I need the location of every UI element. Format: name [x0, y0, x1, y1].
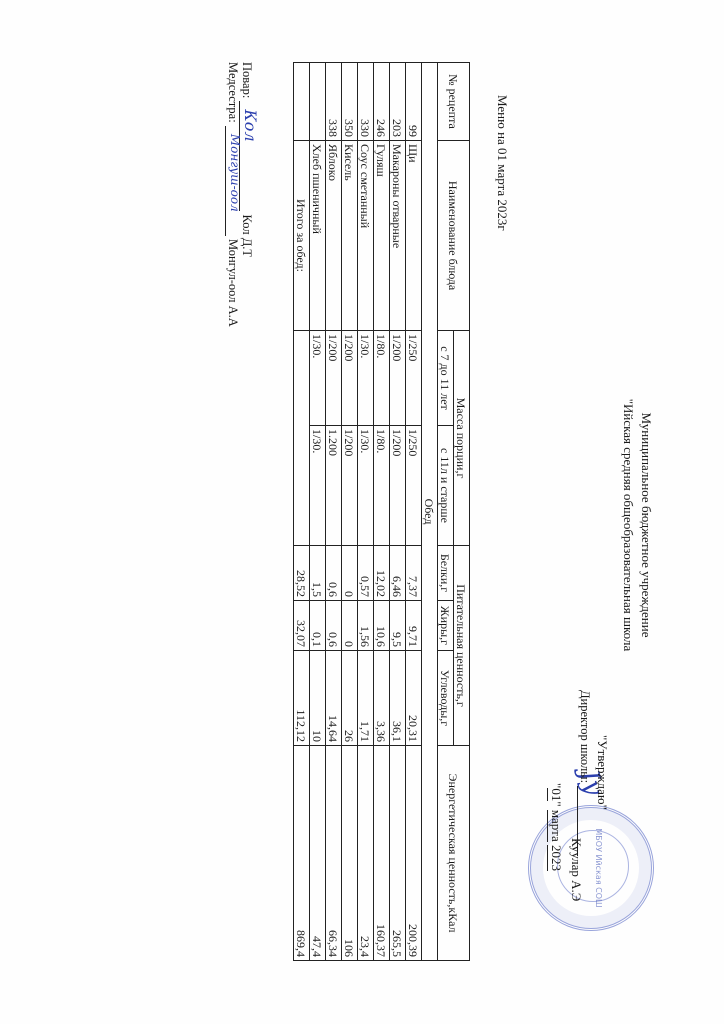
cook-handwritten-signature: Кол	[241, 109, 260, 141]
mass-11-plus-cell: 1/30.	[358, 426, 374, 546]
dish-name-cell: Кисель	[342, 141, 358, 331]
dish-name-cell: Соус сметанный	[358, 141, 374, 331]
header-fat: Жиры,г	[438, 601, 454, 651]
table-row: 203Макароны отварные1/2001/2006,469,536,…	[390, 63, 406, 961]
stamp-text: МБОУ Ийская СОШ	[594, 808, 603, 928]
energy-cell: 66,34	[326, 746, 342, 961]
dish-name-cell: Яблоко	[326, 141, 342, 331]
mass-7-11-cell: 1/30.	[310, 331, 326, 426]
table-row: 350Кисель1/2001/2000026106	[342, 63, 358, 961]
protein-cell: 0	[342, 546, 358, 601]
nurse-label: Медсестра:	[226, 62, 240, 123]
total-fat: 32,07	[294, 601, 310, 651]
date-year: 2023	[547, 845, 564, 871]
mass-7-11-cell: 1/200	[342, 331, 358, 426]
fat-cell: 10,6	[374, 601, 390, 651]
energy-cell: 265,5	[390, 746, 406, 961]
protein-cell: 6,46	[390, 546, 406, 601]
carbs-cell: 3,36	[374, 651, 390, 746]
table-row: Хлеб пшеничный1/30.1/30.1,50,11047,4	[310, 63, 326, 961]
nurse-signature-line: Медсестра: Монгуш-оол Монгул-оол А.А	[225, 62, 240, 327]
protein-cell: 1,5	[310, 546, 326, 601]
recipe-number-cell: 330	[358, 63, 374, 141]
nurse-name: Монгул-оол А.А	[226, 239, 240, 327]
carbs-cell: 14,64	[326, 651, 342, 746]
fat-cell: 9,71	[406, 601, 422, 651]
approval-label: "Утверждаю"	[594, 735, 610, 810]
header-nutrition: Питательная ценность,г	[454, 546, 470, 746]
recipe-number-cell: 99	[406, 63, 422, 141]
mass-7-11-cell: 1/30.	[358, 331, 374, 426]
energy-cell: 160,37	[374, 746, 390, 961]
carbs-cell: 26	[342, 651, 358, 746]
organization-line-2: "Ийская средняя общеобразовательная школ…	[620, 260, 636, 790]
mass-11-plus-cell: 1/200	[390, 426, 406, 546]
carbs-cell: 20,31	[406, 651, 422, 746]
header-dish-name: Наименование блюда	[438, 141, 470, 331]
dish-name-cell: Гуляш	[374, 141, 390, 331]
carbs-cell: 1,71	[358, 651, 374, 746]
mass-11-plus-cell: 1/80.	[374, 426, 390, 546]
total-row: Итого за обед:28,5232,07112,12869,4	[294, 63, 310, 961]
organization-line-1: Муниципальное бюджетное учреждение	[638, 290, 654, 760]
fat-cell: 0,1	[310, 601, 326, 651]
table-row: 338Яблоко1/2001.2000,60,614,6466,34	[326, 63, 342, 961]
cook-name: Кол Д.Т	[240, 215, 254, 257]
menu-title: Меню на 01 марта 2023г	[494, 95, 510, 231]
table-row: 99Щи1/2501/2507,379,7120,31200,39	[406, 63, 422, 961]
header-carbs: Углеводы,г	[438, 651, 454, 746]
recipe-number-cell	[310, 63, 326, 141]
protein-cell: 0,6	[326, 546, 342, 601]
table-row: 330Соус сметанный1/30.1/30.0,571,561,712…	[358, 63, 374, 961]
total-empty-mass	[294, 331, 310, 546]
date-day: 01	[547, 788, 564, 801]
protein-cell: 12,02	[374, 546, 390, 601]
energy-cell: 47,4	[310, 746, 326, 961]
dish-name-cell: Хлеб пшеничный	[310, 141, 326, 331]
fat-cell: 9,5	[390, 601, 406, 651]
menu-table: № рецепта Наименование блюда Масса порци…	[293, 62, 470, 961]
energy-cell: 200,39	[406, 746, 422, 961]
header-age-7-11: с 7 до 11 лет	[438, 331, 454, 426]
carbs-cell: 10	[310, 651, 326, 746]
dish-name-cell: Макароны отварные	[390, 141, 406, 331]
header-portion-mass: Масса порции,г	[454, 331, 470, 546]
total-protein: 28,52	[294, 546, 310, 601]
protein-cell: 7,37	[406, 546, 422, 601]
mass-7-11-cell: 1/200	[326, 331, 342, 426]
mass-7-11-cell: 1/250	[406, 331, 422, 426]
table-row: 246Гуляш1/80.1/80.12,0210,63,36160,37	[374, 63, 390, 961]
total-label: Итого за обед:	[294, 141, 310, 331]
total-energy: 869,4	[294, 746, 310, 961]
mass-7-11-cell: 1/200	[390, 331, 406, 426]
fat-cell: 0	[342, 601, 358, 651]
recipe-number-cell: 246	[374, 63, 390, 141]
header-age-11-plus: с 11л и старше	[438, 426, 454, 546]
total-carbs: 112,12	[294, 651, 310, 746]
scanned-document-page: Муниципальное бюджетное учреждение "Ийск…	[0, 0, 724, 1024]
recipe-number-cell: 338	[326, 63, 342, 141]
protein-cell: 0,57	[358, 546, 374, 601]
director-label: Директор школы:	[578, 690, 592, 783]
date-month: марта	[547, 810, 564, 842]
energy-cell: 106	[342, 746, 358, 961]
total-empty-cell	[294, 63, 310, 141]
energy-cell: 23,4	[358, 746, 374, 961]
mass-11-plus-cell: 1/250	[406, 426, 422, 546]
fat-cell: 0,6	[326, 601, 342, 651]
mass-11-plus-cell: 1/200	[342, 426, 358, 546]
nurse-handwritten-signature: Монгуш-оол	[228, 134, 242, 212]
recipe-number-cell: 203	[390, 63, 406, 141]
carbs-cell: 36,1	[390, 651, 406, 746]
approval-date: "01" марта 2023	[547, 783, 564, 871]
fat-cell: 1,56	[358, 601, 374, 651]
cook-label: Повар:	[240, 62, 254, 98]
mass-11-plus-cell: 1.200	[326, 426, 342, 546]
dish-name-cell: Щи	[406, 141, 422, 331]
header-energy: Энергетическая ценность,кКал	[438, 746, 470, 961]
header-recipe-no: № рецепта	[438, 63, 470, 141]
recipe-number-cell: 350	[342, 63, 358, 141]
header-protein: Белки,г	[438, 546, 454, 601]
director-name: Куулар А.Э	[568, 838, 584, 901]
mass-7-11-cell: 1/80.	[374, 331, 390, 426]
nurse-sign-field: Монгуш-оол	[225, 126, 238, 236]
mass-11-plus-cell: 1/30.	[310, 426, 326, 546]
menu-table-body: Обед 99Щи1/2501/2507,379,7120,31200,3920…	[294, 63, 438, 961]
director-line: Директор школы:	[577, 690, 592, 856]
section-lunch: Обед	[422, 63, 438, 961]
